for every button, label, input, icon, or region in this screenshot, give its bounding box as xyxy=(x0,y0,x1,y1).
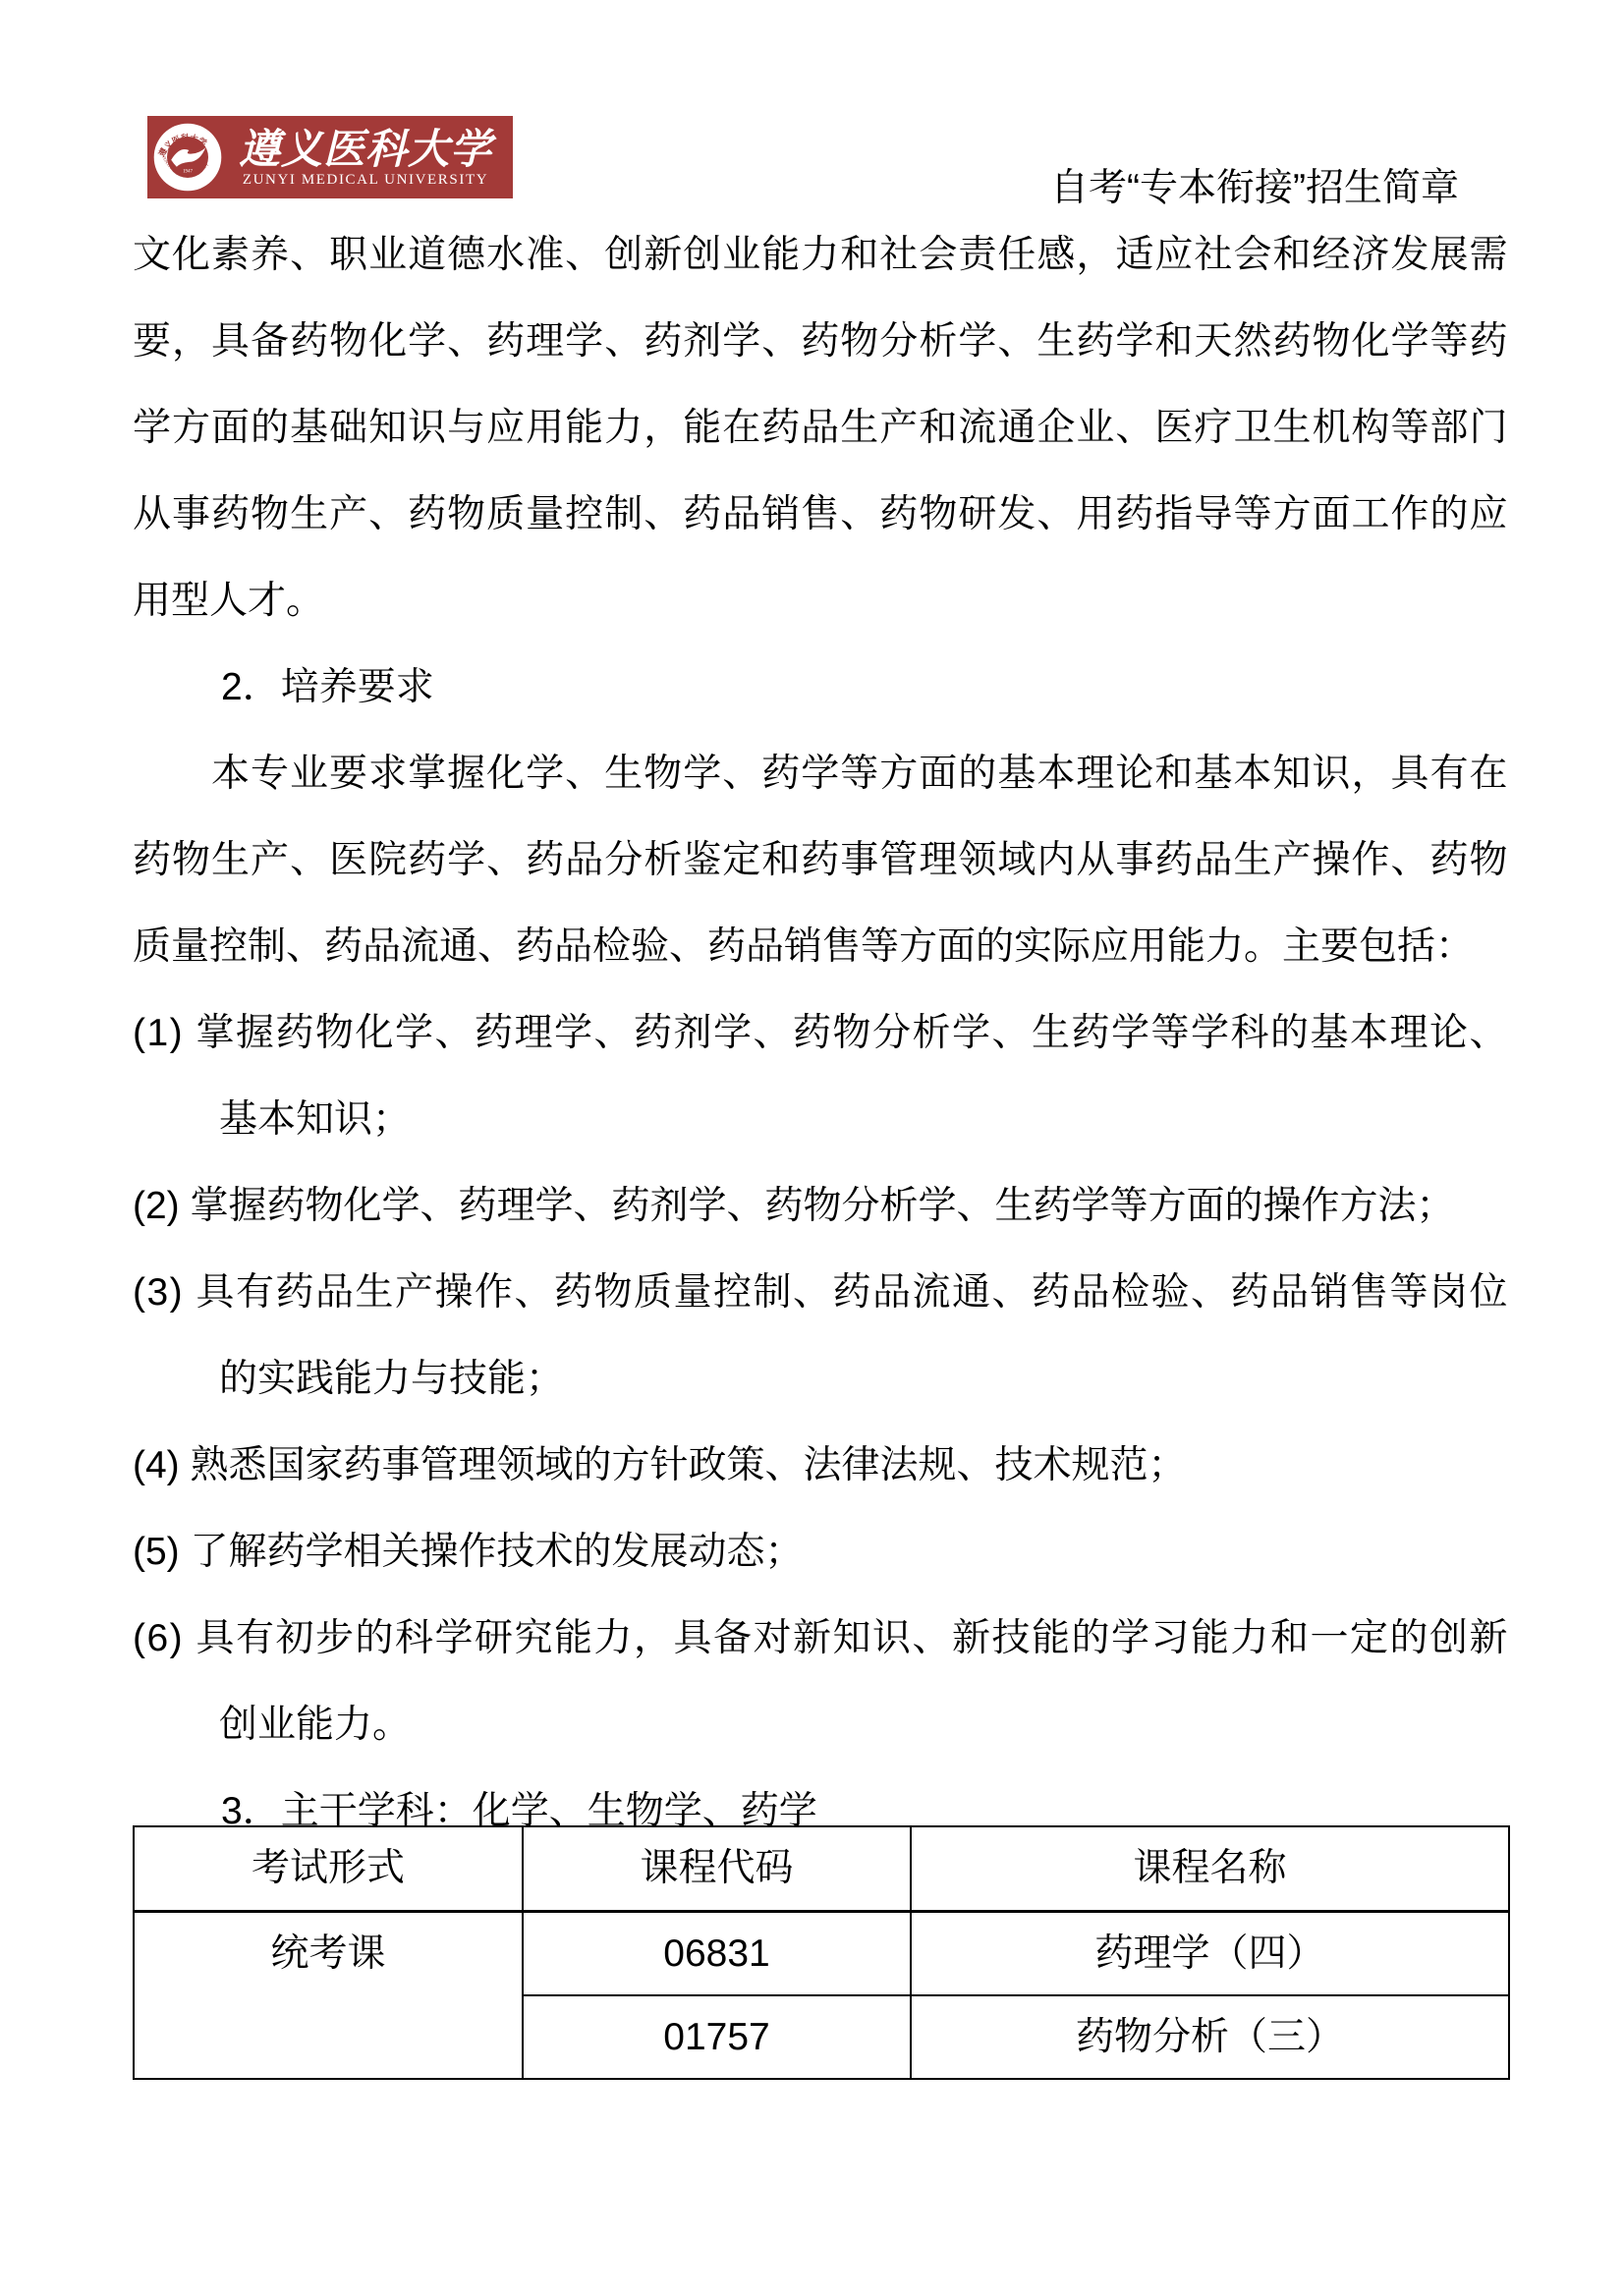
university-name-chinese: 遵义医科大学 xyxy=(239,127,492,172)
header-cell-course-code: 课程代码 xyxy=(523,1826,911,1912)
table-row: 统考课06831药理学（四） xyxy=(134,1912,1509,1996)
header-cell-course-name: 课程名称 xyxy=(911,1826,1509,1912)
table-header-row: 考试形式课程代码课程名称 xyxy=(134,1826,1509,1912)
paragraph-line: 质量控制、药品流通、药品检验、药品销售等方面的实际应用能力。主要包括： xyxy=(133,904,1508,990)
list-item-line: 基本知识； xyxy=(133,1077,1508,1163)
section-heading: 2．培养要求 xyxy=(133,644,1508,731)
paragraph-line: 文化素养、职业道德水准、创新创业能力和社会责任感，适应社会和经济发展需 xyxy=(133,212,1508,299)
course-code-cell: 06831 xyxy=(523,1912,911,1996)
document-body: 文化素养、职业道德水准、创新创业能力和社会责任感，适应社会和经济发展需要，具备药… xyxy=(133,212,1508,1855)
header-cell-exam-format: 考试形式 xyxy=(134,1826,523,1912)
paragraph-line: 学方面的基础知识与应用能力，能在药品生产和流通企业、医疗卫生机构等部门 xyxy=(133,385,1508,472)
document-page: 1947 遵义医科大学 ZUNYI MEDICAL UNIVERSITY 遵义医… xyxy=(0,0,1624,2296)
course-table-container: 考试形式课程代码课程名称统考课06831药理学（四）01757药物分析（三） xyxy=(133,1825,1508,2080)
paragraph-line: 要，具备药物化学、药理学、药剂学、药物分析学、生药学和天然药物化学等药 xyxy=(133,299,1508,385)
list-item-line: (5) 了解药学相关操作技术的发展动态； xyxy=(133,1509,1508,1596)
list-item-line: 的实践能力与技能； xyxy=(133,1336,1508,1423)
university-logo: 1947 遵义医科大学 ZUNYI MEDICAL UNIVERSITY 遵义医… xyxy=(147,116,513,198)
paragraph-line: 本专业要求掌握化学、生物学、药学等方面的基本理论和基本知识，具有在 xyxy=(133,731,1508,817)
course-table: 考试形式课程代码课程名称统考课06831药理学（四）01757药物分析（三） xyxy=(133,1825,1510,2080)
logo-text-block: 遵义医科大学 ZUNYI MEDICAL UNIVERSITY xyxy=(230,127,501,189)
paragraph-line: 从事药物生产、药物质量控制、药品销售、药物研发、用药指导等方面工作的应 xyxy=(133,472,1508,558)
course-name-cell: 药物分析（三） xyxy=(911,1995,1509,2079)
paragraph-line: 药物生产、医院药学、药品分析鉴定和药事管理领域内从事药品生产操作、药物 xyxy=(133,817,1508,904)
paragraph-line: 用型人才。 xyxy=(133,558,1508,644)
list-item-line: (2) 掌握药物化学、药理学、药剂学、药物分析学、生药学等方面的操作方法； xyxy=(133,1163,1508,1250)
list-item-line: 创业能力。 xyxy=(133,1682,1508,1768)
course-code-cell: 01757 xyxy=(523,1995,911,2079)
list-item-line: (1) 掌握药物化学、药理学、药剂学、药物分析学、生药学等学科的基本理论、 xyxy=(133,990,1508,1077)
exam-type-cell: 统考课 xyxy=(134,1912,523,2080)
university-name-english: ZUNYI MEDICAL UNIVERSITY xyxy=(243,172,488,189)
list-item-line: (4) 熟悉国家药事管理领域的方针政策、法律法规、技术规范； xyxy=(133,1423,1508,1509)
document-header-title: 自考“专本衔接”招生简章 xyxy=(1050,167,1459,210)
course-name-cell: 药理学（四） xyxy=(911,1912,1509,1996)
list-item-line: (6) 具有初步的科学研究能力，具备对新知识、新技能的学习能力和一定的创新 xyxy=(133,1596,1508,1682)
list-item-line: (3) 具有药品生产操作、药物质量控制、药品流通、药品检验、药品销售等岗位 xyxy=(133,1250,1508,1336)
university-seal-icon: 1947 遵义医科大学 ZUNYI MEDICAL UNIVERSITY xyxy=(153,123,222,192)
